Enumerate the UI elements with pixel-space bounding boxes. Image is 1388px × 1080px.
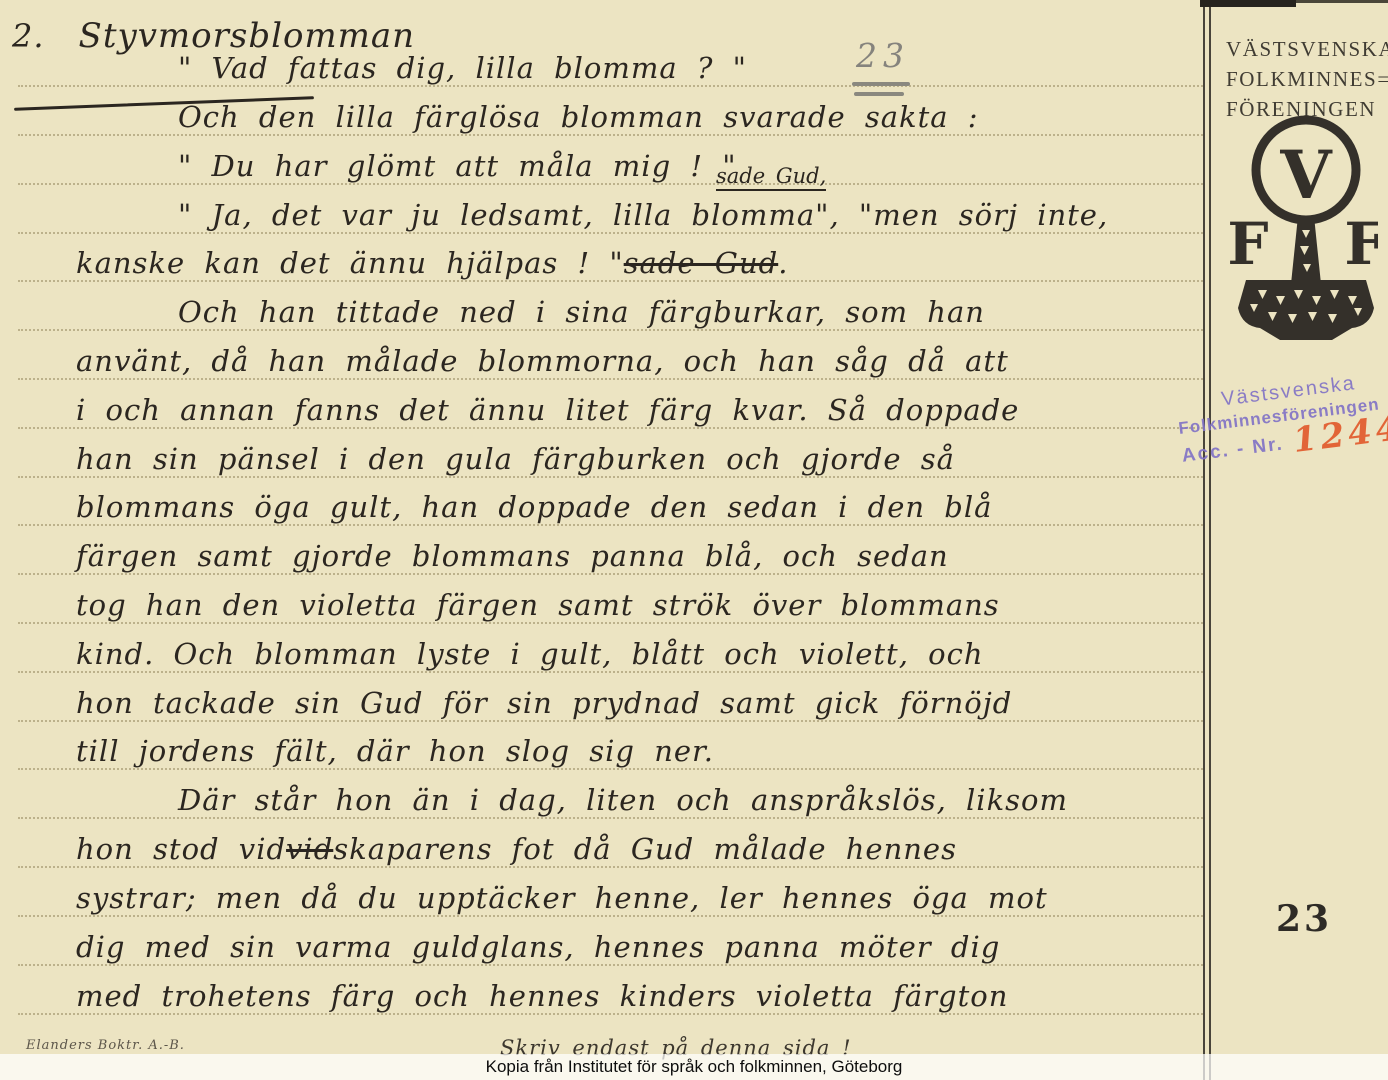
- scan-edge-artifact: [1296, 0, 1388, 3]
- line-text: " Du har glömt att måla mig ! ": [178, 149, 737, 183]
- manuscript-line: blommans öga gult, han doppade den sedan…: [76, 478, 1196, 525]
- line-text: tog han den violetta färgen samt strök ö…: [76, 588, 1000, 622]
- line-text: " Vad fattas dig, lilla blomma ? ": [178, 51, 747, 85]
- inserted-text-above-line: sade Gud,: [716, 164, 826, 191]
- line-text: dig med sin varma guldglans, hennes pann…: [76, 930, 1000, 964]
- line-text: använt, då han målade blommorna, och han…: [76, 344, 1009, 378]
- manuscript-line: med trohetens färg och hennes kinders vi…: [76, 967, 1196, 1014]
- manuscript-line: Och den lilla färglösa blomman svarade s…: [76, 88, 1298, 135]
- manuscript-line: Där står hon än i dag, liten och anspråk…: [76, 771, 1298, 818]
- logo-letter-f-right: F: [1344, 210, 1378, 278]
- line-text: skaparens fot då Gud målade hennes: [333, 832, 957, 866]
- logo-letter-v: V: [1279, 136, 1333, 214]
- manuscript-line: hon stod vid vid skaparens fot då Gud må…: [76, 820, 1196, 867]
- archive-copy-banner: Kopia från Institutet för språk och folk…: [0, 1054, 1388, 1080]
- line-text: men sörj inte,: [873, 198, 1108, 232]
- struck-out-text: vid: [286, 832, 333, 866]
- manuscript-line: färgen samt gjorde blommans panna blå, o…: [76, 527, 1196, 574]
- manuscript-line: till jordens fält, där hon slog sig ner.: [76, 722, 1196, 769]
- printed-page-number: 23: [1276, 898, 1332, 940]
- manuscript-line: " Ja, det var ju ledsamt, lilla blomma",…: [76, 186, 1298, 233]
- archive-copy-text: Kopia från Institutet för språk och folk…: [486, 1057, 903, 1077]
- line-text: systrar; men då du upptäcker henne, ler …: [76, 881, 1048, 915]
- manuscript-line: i och annan fanns det ännu litet färg kv…: [76, 381, 1196, 428]
- org-line: FOLKMINNES=: [1226, 64, 1378, 94]
- line-text: Och han tittade ned i sina färgburkar, s…: [178, 295, 985, 329]
- manuscript-page: 2.Styvmorsblomman 23 " Vad fattas dig, l…: [0, 0, 1388, 1080]
- manuscript-line: kanske kan det ännu hjälpas ! " sade Gud…: [76, 234, 1196, 281]
- line-text: " Ja, det var ju ledsamt, lilla blomma",…: [178, 198, 873, 232]
- manuscript-line: systrar; men då du upptäcker henne, ler …: [76, 869, 1196, 916]
- title-number: 2.: [12, 17, 45, 55]
- line-text: med trohetens färg och hennes kinders vi…: [76, 979, 1008, 1013]
- manuscript-line: använt, då han målade blommorna, och han…: [76, 332, 1196, 379]
- printer-imprint: Elanders Boktr. A.-B.: [26, 1038, 185, 1053]
- org-line: VÄSTSVENSKA: [1226, 34, 1378, 64]
- logo-letter-f-left: F: [1228, 210, 1269, 278]
- line-text: Där står hon än i dag, liten och anspråk…: [178, 783, 1068, 817]
- manuscript-line: dig med sin varma guldglans, hennes pann…: [76, 918, 1196, 965]
- manuscript-line: kind. Och blomman lyste i gult, blått oc…: [76, 625, 1196, 672]
- line-text: .: [778, 246, 788, 280]
- scan-edge-artifact: [1200, 0, 1296, 7]
- accession-stamp: Västsvenska Folkminnesföreningen Acc. - …: [1174, 366, 1388, 467]
- letterhead-organization: VÄSTSVENSKA FOLKMINNES= FÖRENINGEN: [1226, 34, 1378, 124]
- manuscript-line: " Du har glömt att måla mig ! ": [76, 137, 1298, 184]
- stamp-acc-number: 1244: [1292, 415, 1388, 454]
- line-text: till jordens fält, där hon slog sig ner.: [76, 734, 714, 768]
- line-text: kind. Och blomman lyste i gult, blått oc…: [76, 637, 984, 671]
- line-text: blommans öga gult, han doppade den sedan…: [76, 490, 992, 524]
- stamp-acc-label: Acc. - Nr.: [1181, 433, 1285, 467]
- manuscript-line: han sin pänsel i den gula färgburken och…: [76, 430, 1196, 477]
- manuscript-line: tog han den violetta färgen samt strök ö…: [76, 576, 1196, 623]
- vff-thors-hammer-logo: V F F: [1228, 112, 1378, 347]
- line-text: färgen samt gjorde blommans panna blå, o…: [76, 539, 949, 573]
- line-text: kanske kan det ännu hjälpas ! ": [76, 246, 624, 280]
- manuscript-line: " Vad fattas dig, lilla blomma ? ": [76, 39, 1298, 86]
- manuscript-line: hon tackade sin Gud för sin prydnad samt…: [76, 674, 1196, 721]
- line-text: Och den lilla färglösa blomman svarade s…: [178, 100, 979, 134]
- line-text: han sin pänsel i den gula färgburken och…: [76, 442, 955, 476]
- struck-out-text: sade Gud: [624, 246, 779, 280]
- line-text: hon tackade sin Gud för sin prydnad samt…: [76, 686, 1012, 720]
- line-text: hon stod vid: [76, 832, 286, 866]
- manuscript-line: Och han tittade ned i sina färgburkar, s…: [76, 283, 1298, 330]
- line-text: i och annan fanns det ännu litet färg kv…: [76, 393, 1019, 427]
